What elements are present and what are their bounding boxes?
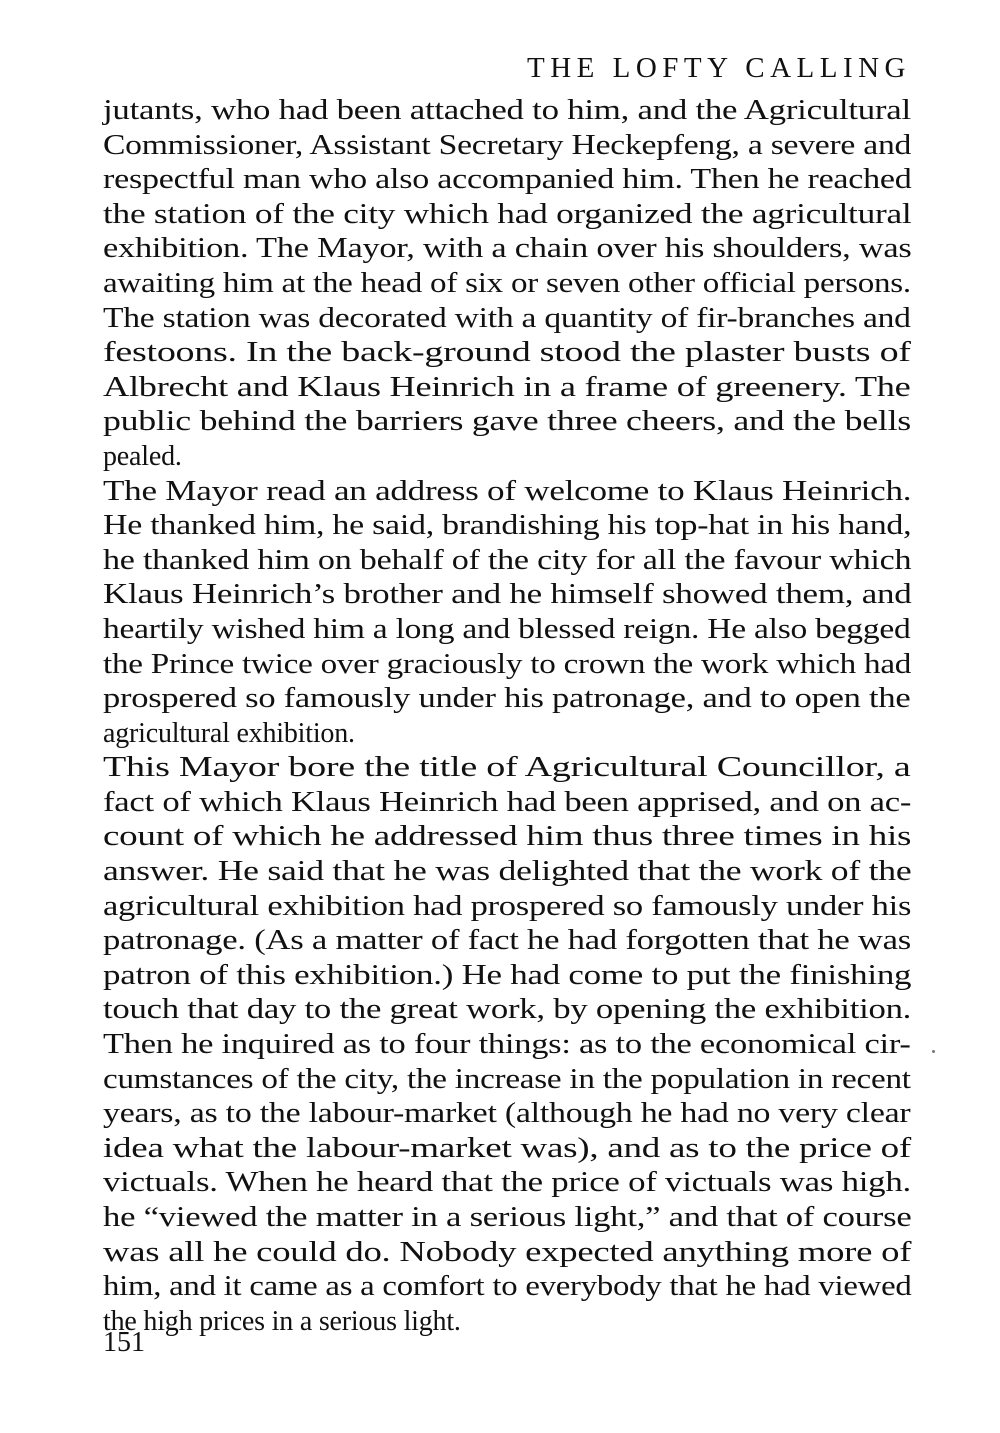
text-line: jutants, who had been attached to him, a… [103,94,911,129]
text-line: agricultural exhibition had prospered so… [103,890,911,925]
text-line: He thanked him, he said, brandishing his… [103,509,911,544]
scan-speck [932,1050,935,1053]
paragraph-3: This Mayor bore the title of Agricultura… [103,751,911,1339]
paragraph-2: The Mayor read an address of welcome to … [103,475,911,752]
text-line: idea what the labour-market was), and as… [103,1132,911,1167]
text-line: awaiting him at the head of six or seven… [103,267,911,302]
text-line: cumstances of the city, the increase in … [103,1063,911,1098]
text-line: Commissioner, Assistant Secretary Heckep… [103,129,911,164]
text-line: public behind the barriers gave three ch… [103,405,911,440]
text-line: patron of this exhibition.) He had come … [103,959,911,994]
text-line: exhibition. The Mayor, with a chain over… [103,232,911,267]
text-line: This Mayor bore the title of Agricultura… [103,751,911,786]
text-line: festoons. In the back-ground stood the p… [103,336,911,371]
text-line: heartily wished him a long and blessed r… [103,613,911,648]
text-line: the station of the city which had organi… [103,198,911,233]
text-line: Albrecht and Klaus Heinrich in a frame o… [103,371,911,406]
text-line: Then he inquired as to four things: as t… [103,1028,911,1063]
text-line: answer. He said that he was delighted th… [103,855,911,890]
text-line: he “viewed the matter in a serious light… [103,1201,911,1236]
running-head: THE LOFTY CALLING [527,48,911,88]
text-line: The Mayor read an address of welcome to … [103,475,911,510]
text-line: prospered so famously under his patronag… [103,682,911,717]
text-line: touch that day to the great work, by ope… [103,993,911,1028]
text-line: patronage. (As a matter of fact he had f… [103,924,911,959]
text-line: was all he could do. Nobody expected any… [103,1236,911,1271]
text-line: fact of which Klaus Heinrich had been ap… [103,786,911,821]
text-line: agricultural exhibition. [103,717,911,752]
paragraph-1: jutants, who had been attached to him, a… [103,94,911,475]
text-line: he thanked him on behalf of the city for… [103,544,911,579]
text-line: years, as to the labour-market (although… [103,1097,911,1132]
text-line: the high prices in a serious light. [103,1305,911,1340]
text-line: count of which he addressed him thus thr… [103,820,911,855]
text-line: The station was decorated with a quantit… [103,302,911,337]
text-line: him, and it came as a comfort to everybo… [103,1270,911,1305]
text-line: respectful man who also accompanied him.… [103,163,911,198]
text-line: the Prince twice over graciously to crow… [103,648,911,683]
text-line: Klaus Heinrich’s brother and he himself … [103,578,911,613]
page-number: 151 [103,1326,145,1360]
text-line: victuals. When he heard that the price o… [103,1166,911,1201]
text-line: pealed. [103,440,911,475]
body-text: jutants, who had been attached to him, a… [103,94,911,1339]
